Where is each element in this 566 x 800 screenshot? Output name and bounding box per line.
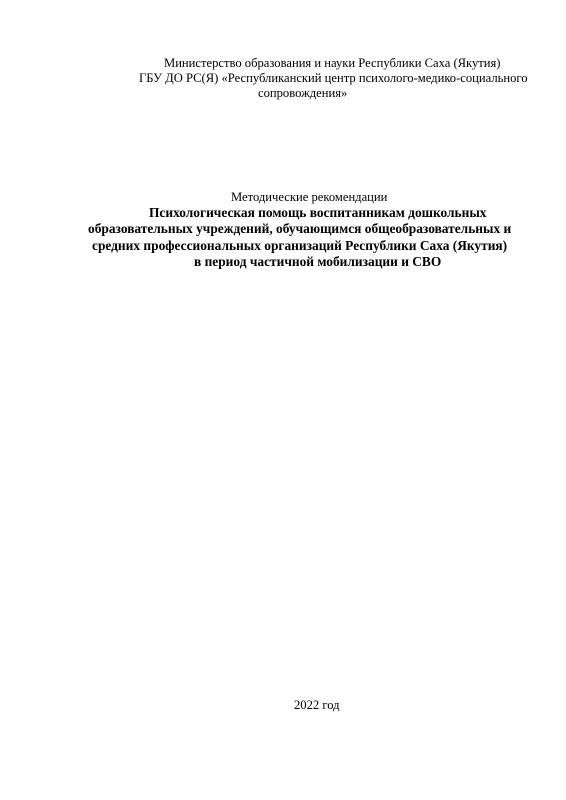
title-line-2: образовательных учреждений, обучающимся … bbox=[88, 221, 511, 237]
ministry-line: Министерство образования и науки Республ… bbox=[164, 55, 501, 71]
title-line-3: средних профессиональных организаций Рес… bbox=[92, 238, 507, 254]
title-line-4: в период частичной мобилизации и СВО bbox=[194, 254, 441, 270]
organization-line: ГБУ ДО РС(Я) «Республиканский центр псих… bbox=[139, 70, 528, 86]
organization-line-continued: сопровождения» bbox=[258, 85, 347, 101]
title-line-1: Психологическая помощь воспитанникам дош… bbox=[149, 205, 486, 221]
year: 2022 год bbox=[294, 697, 340, 713]
document-type: Методические рекомендации bbox=[231, 189, 387, 205]
